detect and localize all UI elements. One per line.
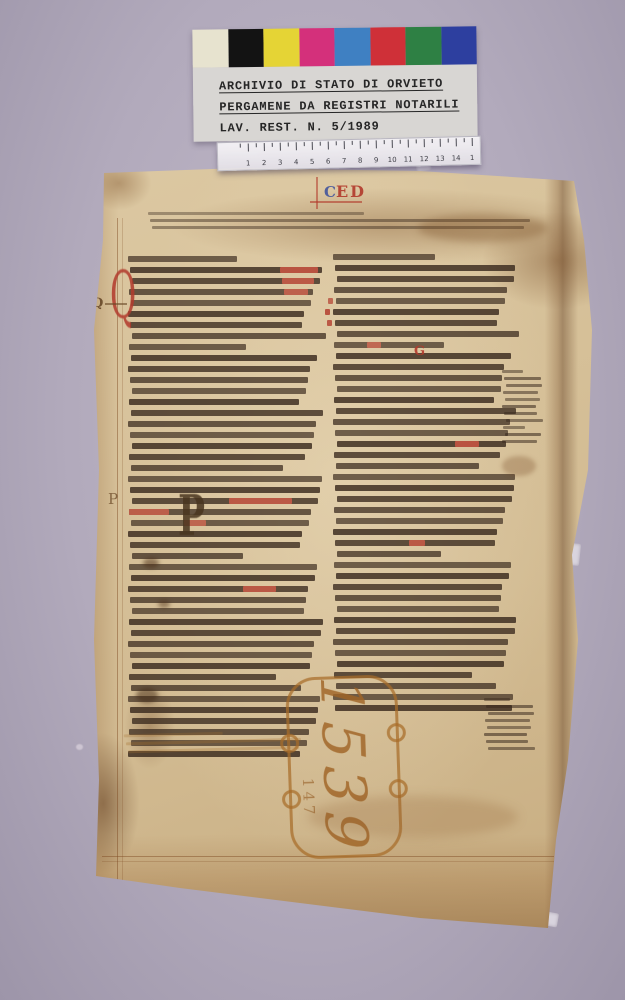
ruler-number: 3 xyxy=(274,159,286,167)
ruler-tick xyxy=(280,143,281,151)
text-line xyxy=(131,630,321,636)
text-line xyxy=(130,652,312,658)
ruler-tick xyxy=(312,142,313,150)
ruler-tick xyxy=(304,142,305,146)
color-patch xyxy=(441,26,477,64)
red-ink-segment xyxy=(284,289,308,295)
stain xyxy=(143,558,159,568)
text-line xyxy=(505,398,540,401)
red-ink-segment xyxy=(243,586,275,592)
color-patch xyxy=(334,28,370,66)
text-line xyxy=(337,386,501,392)
ruler-tick xyxy=(288,142,289,146)
ruler-tick xyxy=(296,142,297,150)
color-patch xyxy=(405,27,441,65)
red-initial-g: G xyxy=(414,344,425,359)
text-line xyxy=(335,375,502,381)
text-line xyxy=(333,309,499,315)
ruler-number: 10 xyxy=(386,156,398,164)
cartouche-lobe xyxy=(386,723,406,743)
text-line xyxy=(488,747,535,750)
stain xyxy=(308,796,518,838)
ruler-tick xyxy=(384,140,385,144)
text-line xyxy=(485,719,530,722)
text-line xyxy=(128,586,308,592)
ruler-tick xyxy=(448,139,449,143)
ruler-tick xyxy=(392,140,393,148)
text-line xyxy=(128,531,302,537)
ruler-tick xyxy=(464,138,465,142)
text-line xyxy=(132,333,326,339)
red-ink-segment xyxy=(280,267,318,273)
red-ink-segment xyxy=(367,342,381,348)
text-line xyxy=(333,529,497,535)
text-line xyxy=(337,496,512,502)
stain xyxy=(418,214,548,242)
text-line xyxy=(128,476,322,482)
red-ink-segment xyxy=(325,309,330,315)
running-header-red-letters: ED xyxy=(336,182,366,201)
parchment-hole xyxy=(76,744,83,750)
ruler-number: 2 xyxy=(258,159,270,167)
ruler-number: 1 xyxy=(466,154,478,162)
ruler-tick xyxy=(352,141,353,145)
text-line xyxy=(132,278,320,284)
text-line xyxy=(504,412,537,415)
text-line xyxy=(131,355,317,361)
text-line xyxy=(131,465,283,471)
ruler-number: 11 xyxy=(402,155,414,163)
text-line xyxy=(132,663,310,669)
text-line xyxy=(334,397,494,403)
text-line xyxy=(504,377,541,380)
text-line xyxy=(130,542,300,548)
ruler-tick xyxy=(472,138,473,146)
text-line xyxy=(484,698,510,701)
text-line xyxy=(131,575,315,581)
parchment-leaf: CED Q P P G Q 1539 147 xyxy=(88,160,604,935)
text-line xyxy=(129,619,323,625)
text-line xyxy=(335,430,508,436)
text-line xyxy=(337,331,519,337)
text-line xyxy=(131,410,323,416)
right-text-column xyxy=(335,254,521,716)
ruler-number: 9 xyxy=(370,156,382,164)
text-line xyxy=(335,265,515,271)
text-line xyxy=(335,540,495,546)
text-line xyxy=(337,661,504,667)
red-ink-segment xyxy=(409,540,425,546)
text-line xyxy=(487,726,531,729)
running-header-blue-letter: C xyxy=(324,183,336,201)
text-line xyxy=(148,212,364,215)
ruler-number: 7 xyxy=(338,157,350,165)
text-line xyxy=(335,650,506,656)
ruler-tick xyxy=(440,139,441,147)
text-line xyxy=(126,738,301,746)
red-ink-segment xyxy=(229,498,292,504)
ruler-tick xyxy=(256,143,257,147)
color-patch xyxy=(192,29,228,67)
text-line xyxy=(488,712,534,715)
text-line xyxy=(336,628,515,634)
text-line xyxy=(334,342,444,348)
text-line xyxy=(337,551,441,557)
text-line xyxy=(130,267,322,273)
text-line xyxy=(132,443,312,449)
ruler-number: 6 xyxy=(322,157,334,165)
text-line xyxy=(129,674,276,680)
text-line xyxy=(130,322,302,328)
cartouche-lobe xyxy=(280,733,300,753)
text-line xyxy=(503,391,538,394)
text-line xyxy=(336,463,479,469)
text-line xyxy=(506,384,542,387)
text-line xyxy=(333,254,435,260)
text-line xyxy=(502,405,536,408)
text-line xyxy=(502,370,523,373)
color-patch xyxy=(263,28,299,66)
text-line xyxy=(333,474,515,480)
text-line xyxy=(334,452,500,458)
red-ink-segment xyxy=(455,441,479,447)
ruler-tick xyxy=(416,139,417,143)
text-line xyxy=(335,485,514,491)
text-line xyxy=(128,366,310,372)
red-ink-segment xyxy=(282,278,314,284)
ruler-tick xyxy=(328,141,329,149)
text-line xyxy=(333,419,510,425)
text-line xyxy=(130,487,320,493)
ruler-tick xyxy=(336,141,337,145)
text-line xyxy=(132,388,306,394)
text-line xyxy=(486,740,528,743)
stain xyxy=(136,688,158,703)
text-line xyxy=(129,399,299,405)
right-margin-gloss-lower xyxy=(486,698,534,754)
text-line xyxy=(503,426,525,429)
ruler-number: 1 xyxy=(242,159,254,167)
text-line xyxy=(337,441,506,447)
color-patch xyxy=(299,28,335,66)
text-line xyxy=(336,408,516,414)
margin-note-stroke xyxy=(105,303,127,305)
text-line xyxy=(333,639,508,645)
text-line xyxy=(130,432,314,438)
ruler-tick xyxy=(248,143,249,151)
text-line xyxy=(132,608,304,614)
text-line xyxy=(506,419,543,422)
text-line xyxy=(335,320,497,326)
ruler-number: 14 xyxy=(450,154,462,162)
ruler-tick xyxy=(368,141,369,145)
text-line xyxy=(131,685,301,691)
text-line xyxy=(131,520,309,526)
color-calibration-bar xyxy=(192,26,476,67)
text-line xyxy=(484,733,527,736)
ruler-tick xyxy=(344,141,345,149)
ruler-number: 12 xyxy=(418,155,430,163)
red-initial-q: Q xyxy=(110,256,136,334)
text-line xyxy=(335,595,501,601)
text-line xyxy=(505,433,541,436)
text-line xyxy=(502,440,537,443)
text-line xyxy=(333,584,502,590)
text-line xyxy=(337,606,499,612)
stain xyxy=(158,600,170,608)
running-header: CED xyxy=(324,182,366,201)
text-line xyxy=(337,276,514,282)
text-line xyxy=(129,289,313,295)
ruler-tick xyxy=(400,140,401,144)
text-line xyxy=(334,507,505,513)
text-line xyxy=(486,705,533,708)
labels-assembly: ARCHIVIO DI STATO DI ORVIETO PERGAMENE D… xyxy=(192,26,477,141)
red-ink-segment xyxy=(328,298,333,304)
ruler-number: 4 xyxy=(290,158,302,166)
ruler-tick xyxy=(432,139,433,143)
red-ink-segment xyxy=(327,320,332,326)
photo-background: CED Q P P G Q 1539 147 xyxy=(0,0,625,1000)
text-line xyxy=(336,518,503,524)
ruler-tick xyxy=(456,138,457,146)
text-line xyxy=(128,421,316,427)
text-line xyxy=(128,256,237,262)
text-line xyxy=(129,344,246,350)
text-line xyxy=(131,300,311,306)
ruling-line xyxy=(102,861,554,862)
ruler-number: 8 xyxy=(354,157,366,165)
text-line xyxy=(128,311,304,317)
red-ink-segment xyxy=(129,509,169,515)
text-line xyxy=(130,597,306,603)
text-line xyxy=(333,364,504,370)
text-line xyxy=(334,287,507,293)
dark-initial-p: P xyxy=(178,484,205,549)
ruler-tick xyxy=(272,143,273,147)
text-line xyxy=(128,746,299,753)
left-margin-note: Q xyxy=(92,296,127,311)
ruler-tick xyxy=(320,142,321,146)
ruler-tick xyxy=(360,141,361,149)
label-line-collection: PERGAMENE DA REGISTRI NOTARILI xyxy=(219,94,477,118)
text-line xyxy=(334,617,516,623)
text-line xyxy=(132,498,318,504)
ruler-tick xyxy=(408,140,409,148)
text-line xyxy=(336,298,505,304)
ruler-tick xyxy=(240,144,241,148)
margin-letter-p: P xyxy=(108,490,118,508)
ruler-tick xyxy=(424,139,425,147)
measurement-ruler: 12345678910111213141 xyxy=(217,136,482,171)
text-line xyxy=(130,377,308,383)
text-line xyxy=(334,562,511,568)
right-margin-gloss-upper xyxy=(504,370,542,447)
margin-note-letter: Q xyxy=(92,296,103,311)
ruler-number: 13 xyxy=(434,155,446,163)
ruler-tick xyxy=(376,140,377,148)
text-line xyxy=(128,641,314,647)
ruler-tick xyxy=(264,143,265,151)
archive-label-card: ARCHIVIO DI STATO DI ORVIETO PERGAMENE D… xyxy=(193,64,478,141)
stain xyxy=(502,456,536,476)
color-patch xyxy=(228,29,264,67)
text-line xyxy=(129,454,305,460)
ruler-number: 5 xyxy=(306,158,318,166)
text-line xyxy=(129,509,311,515)
color-patch xyxy=(370,27,406,65)
text-line xyxy=(336,573,509,579)
